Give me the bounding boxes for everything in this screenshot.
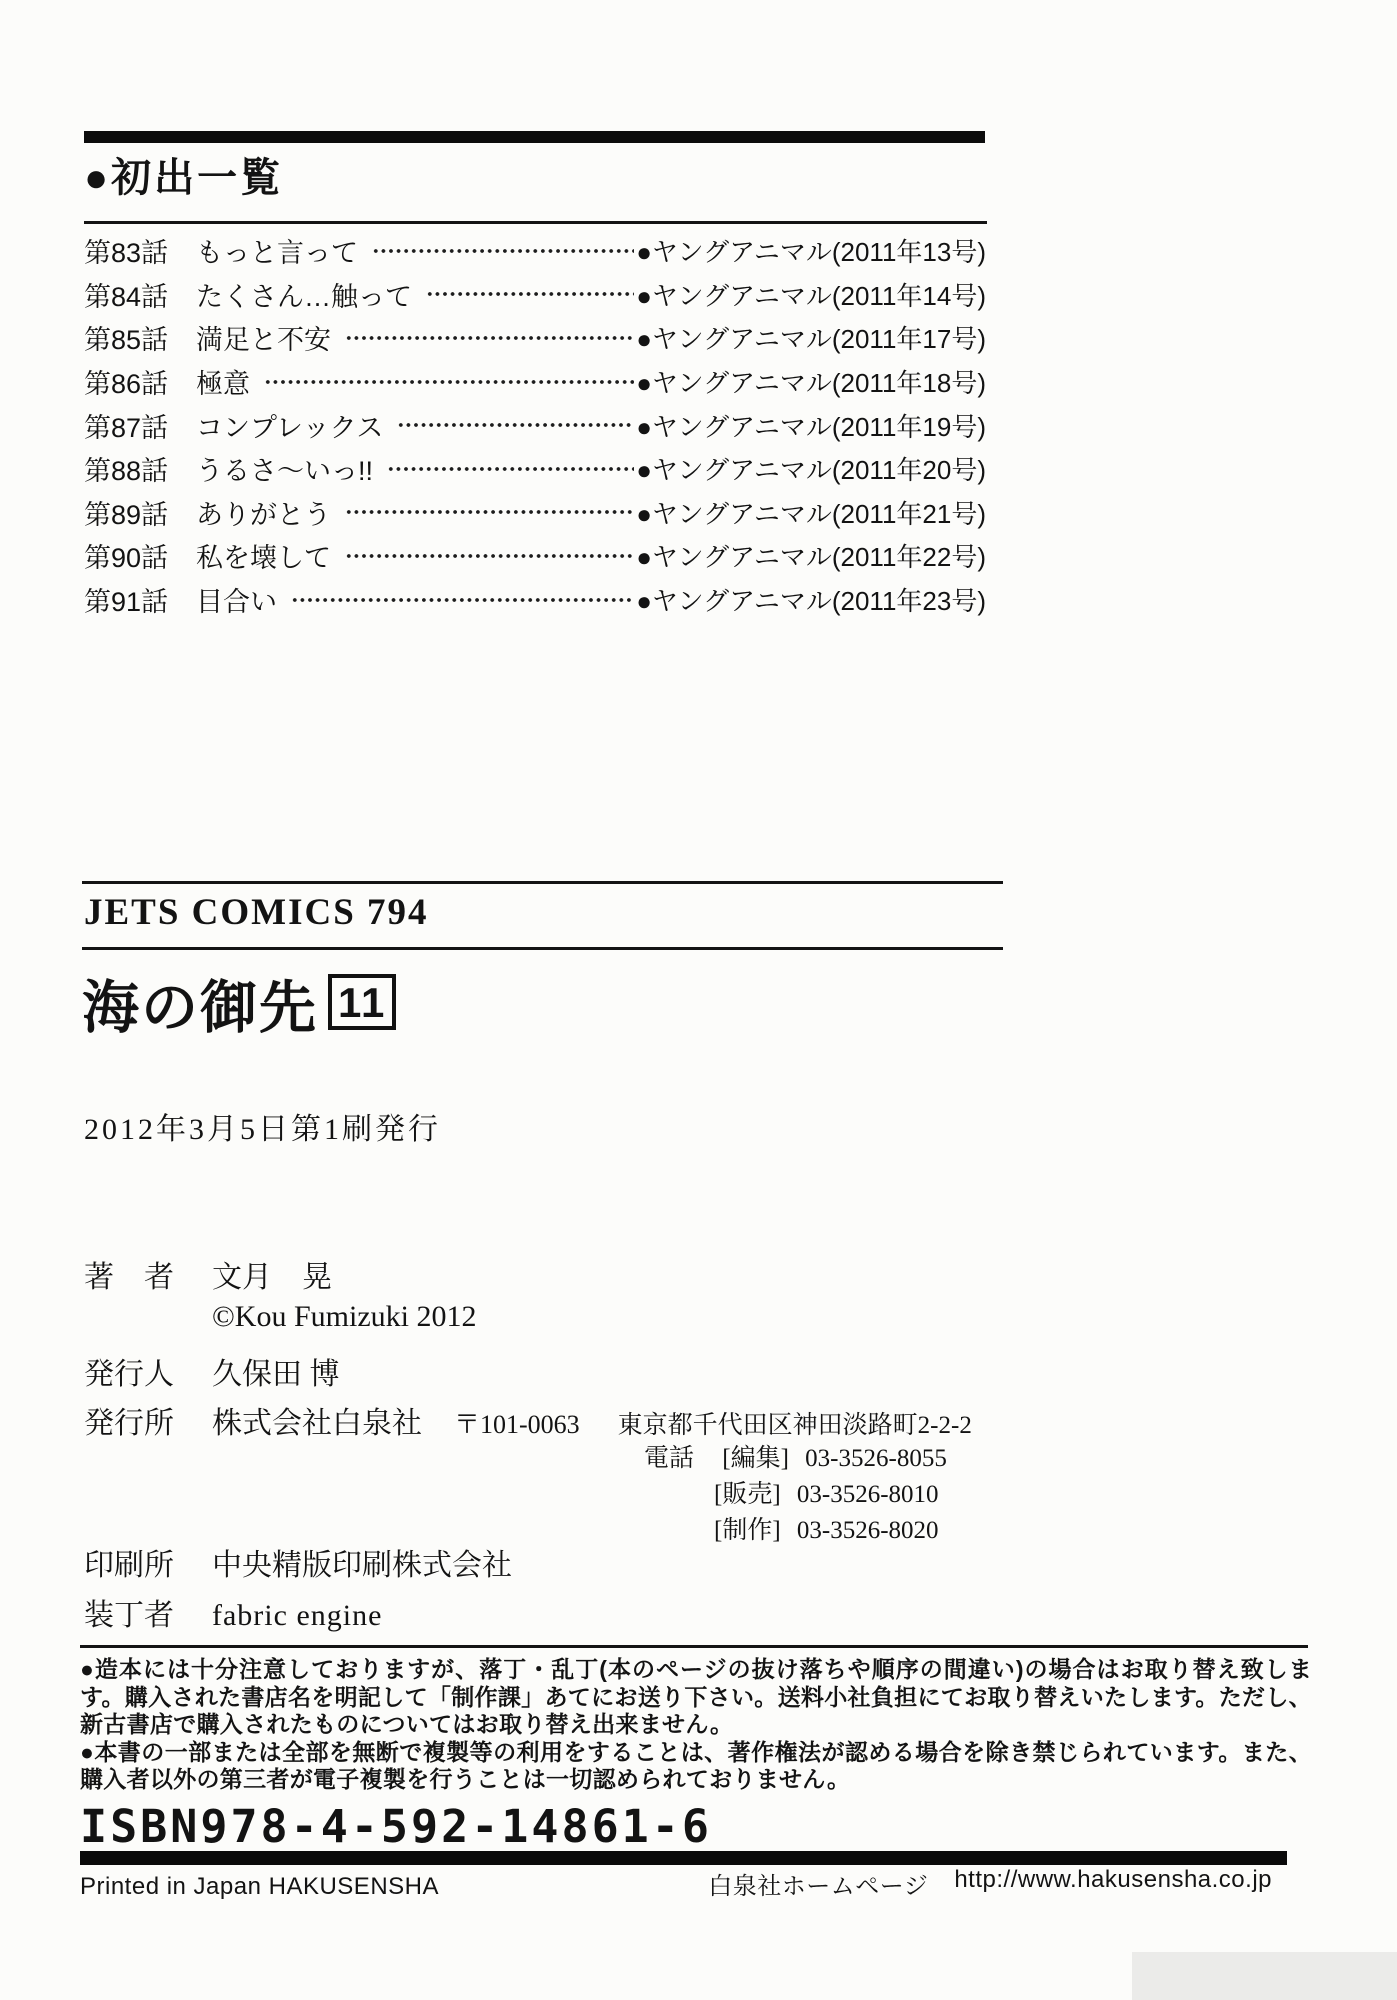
- chapter-number: 第88話: [84, 449, 196, 488]
- chapter-title: 満足と不安: [196, 318, 331, 357]
- chapter-source: ●ヤングアニマル(2011年23号): [636, 581, 986, 618]
- dot-leader: [426, 290, 634, 298]
- chapter-title: 私を壊して: [196, 536, 331, 575]
- author-name: 文月 晃: [212, 1252, 332, 1296]
- copyright-notice: ●本書の一部または全部を無断で複製等の利用をすることは、著作権法が認める場合を除…: [80, 1739, 1312, 1794]
- header-rule: [84, 221, 987, 224]
- chapter-source: ●ヤングアニマル(2011年22号): [636, 537, 986, 574]
- footer-line: Printed in Japan HAKUSENSHA 白泉社ホームページ ht…: [80, 1866, 1272, 1901]
- chapter-number: 第89話: [84, 493, 196, 532]
- dot-leader: [372, 247, 634, 255]
- chapter-number: 第90話: [84, 536, 196, 575]
- phone-editorial-row: 電話 [編集] 03-3526-8055: [644, 1438, 947, 1474]
- copyright-line: ©Kou Fumizuki 2012: [212, 1300, 476, 1334]
- chapter-title: ありがとう: [196, 493, 331, 532]
- chapter-row: 第91話 目合い ●ヤングアニマル(2011年23号): [84, 578, 986, 622]
- chapter-title: コンプレックス: [196, 406, 383, 445]
- book-title-text: 海の御先: [82, 962, 318, 1044]
- dot-leader: [264, 378, 634, 386]
- designer-name: fabric engine: [212, 1599, 382, 1633]
- phone-dept: [編集]: [722, 1445, 789, 1472]
- phone-number: 03-3526-8055: [805, 1445, 947, 1472]
- header-thick-bar: [84, 131, 985, 143]
- chapter-number: 第85話: [84, 318, 196, 357]
- legal-notices: ●造本には十分注意しておりますが、落丁・乱丁(本のページの抜け落ちや順序の間違い…: [80, 1656, 1312, 1794]
- binding-notice: ●造本には十分注意しておりますが、落丁・乱丁(本のページの抜け落ちや順序の間違い…: [80, 1656, 1312, 1739]
- office-name: 株式会社白泉社: [212, 1398, 422, 1442]
- dot-leader: [291, 596, 634, 604]
- publisher-label: 発行人: [84, 1349, 184, 1393]
- homepage-group: 白泉社ホームページ http://www.hakusensha.co.jp: [708, 1866, 1272, 1901]
- dot-leader: [345, 552, 634, 560]
- isbn-thick-bar: [80, 1851, 1287, 1865]
- chapter-row: 第86話 極意 ●ヤングアニマル(2011年18号): [84, 360, 986, 404]
- print-date: 2012年3月5日第1刷発行: [84, 1104, 441, 1148]
- chapter-number: 第86話: [84, 362, 196, 401]
- series-label: JETS COMICS 794: [84, 891, 429, 934]
- scan-artifact: [1132, 1952, 1397, 2000]
- phone-dept: [販売]: [714, 1481, 781, 1508]
- chapter-source: ●ヤングアニマル(2011年21号): [636, 494, 986, 531]
- notice-rule: [80, 1645, 1308, 1648]
- designer-row: 装丁者 fabric engine: [84, 1590, 382, 1634]
- chapter-number: 第84話: [84, 275, 196, 314]
- volume-badge: 11: [328, 974, 396, 1030]
- homepage-label: 白泉社ホームページ: [708, 1866, 928, 1901]
- author-row: 著 者 文月 晃: [84, 1252, 332, 1296]
- phone-sales-row: [販売] 03-3526-8010: [702, 1474, 939, 1510]
- author-label: 著 者: [84, 1252, 184, 1296]
- phone-label: 電話: [644, 1445, 694, 1472]
- chapter-row: 第87話 コンプレックス ●ヤングアニマル(2011年19号): [84, 403, 986, 447]
- chapter-title: 極意: [196, 362, 250, 401]
- chapter-number: 第91話: [84, 580, 196, 619]
- office-label: 発行所: [84, 1398, 184, 1442]
- printed-in-text: Printed in Japan HAKUSENSHA: [80, 1873, 439, 1901]
- phone-number: 03-3526-8010: [797, 1481, 939, 1508]
- publisher-row: 発行人 久保田 博: [84, 1349, 340, 1393]
- chapter-source: ●ヤングアニマル(2011年14号): [636, 276, 986, 313]
- office-address: 東京都千代田区神田淡路町2-2-2: [618, 1405, 972, 1441]
- phone-dept: [制作]: [714, 1517, 781, 1544]
- book-title: 海の御先 11: [82, 962, 396, 1044]
- printer-name: 中央精版印刷株式会社: [212, 1540, 512, 1584]
- homepage-url: http://www.hakusensha.co.jp: [954, 1866, 1272, 1901]
- chapter-source: ●ヤングアニマル(2011年19号): [636, 407, 986, 444]
- chapter-row: 第90話 私を壊して ●ヤングアニマル(2011年22号): [84, 534, 986, 578]
- chapter-title: うるさ〜いっ!!: [196, 449, 373, 488]
- dot-leader: [397, 421, 634, 429]
- dot-leader: [345, 508, 634, 516]
- colophon-page: ●初出一覧 第83話 もっと言って ●ヤングアニマル(2011年13号) 第84…: [0, 0, 1397, 2000]
- dot-leader: [345, 334, 634, 342]
- phone-number: 03-3526-8020: [797, 1517, 939, 1544]
- chapter-title: 目合い: [196, 580, 277, 619]
- chapter-number: 第87話: [84, 406, 196, 445]
- chapter-list: 第83話 もっと言って ●ヤングアニマル(2011年13号) 第84話 たくさん…: [84, 229, 986, 621]
- publishing-office-row: 発行所 株式会社白泉社 〒101-0063 東京都千代田区神田淡路町2-2-2: [84, 1398, 972, 1442]
- chapter-title: もっと言って: [196, 231, 358, 270]
- first-publication-heading: ●初出一覧: [84, 146, 283, 203]
- postal-code: 〒101-0063: [454, 1404, 580, 1441]
- printer-label: 印刷所: [84, 1540, 184, 1584]
- isbn-number: ISBN978-4-592-14861-6: [80, 1800, 712, 1853]
- designer-label: 装丁者: [84, 1590, 184, 1634]
- series-rule-bottom: [82, 947, 1003, 950]
- chapter-source: ●ヤングアニマル(2011年17号): [636, 319, 986, 356]
- chapter-number: 第83話: [84, 231, 196, 270]
- chapter-row: 第85話 満足と不安 ●ヤングアニマル(2011年17号): [84, 316, 986, 360]
- series-rule-top: [82, 881, 1003, 884]
- phone-production-row: [制作] 03-3526-8020: [702, 1510, 939, 1546]
- publisher-name: 久保田 博: [212, 1349, 340, 1393]
- chapter-row: 第89話 ありがとう ●ヤングアニマル(2011年21号): [84, 491, 986, 535]
- chapter-source: ●ヤングアニマル(2011年20号): [636, 450, 986, 487]
- chapter-row: 第88話 うるさ〜いっ!! ●ヤングアニマル(2011年20号): [84, 447, 986, 491]
- chapter-row: 第83話 もっと言って ●ヤングアニマル(2011年13号): [84, 229, 986, 273]
- printer-row: 印刷所 中央精版印刷株式会社: [84, 1540, 512, 1584]
- chapter-source: ●ヤングアニマル(2011年13号): [636, 232, 986, 269]
- dot-leader: [387, 465, 634, 473]
- chapter-row: 第84話 たくさん…触って ●ヤングアニマル(2011年14号): [84, 273, 986, 317]
- chapter-title: たくさん…触って: [196, 275, 412, 314]
- chapter-source: ●ヤングアニマル(2011年18号): [636, 363, 986, 400]
